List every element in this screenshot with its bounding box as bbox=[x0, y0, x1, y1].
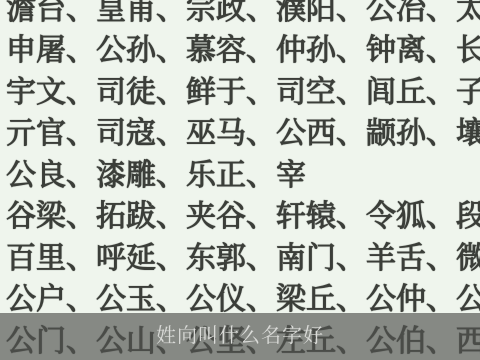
surname-row-4: 亓官、司寇、巫马、公西、颛孙、壤 bbox=[6, 110, 480, 152]
surname-row-1: 澹台、皇甫、宗政、濮阳、公冶、太 bbox=[6, 0, 480, 27]
surname-list-image: 澹台、皇甫、宗政、濮阳、公冶、太 申屠、公孙、慕容、仲孙、钟离、长 宇文、司徒、… bbox=[0, 0, 480, 360]
surname-row-3: 宇文、司徒、鲜于、司空、闾丘、子 bbox=[6, 68, 480, 110]
caption-text: 姓向叫什么名字好 bbox=[156, 319, 324, 348]
surname-row-5: 公良、漆雕、乐正、宰 bbox=[6, 151, 480, 193]
surname-row-7: 百里、呼延、东郭、南门、羊舌、微 bbox=[6, 234, 480, 276]
surname-rows: 澹台、皇甫、宗政、濮阳、公冶、太 申屠、公孙、慕容、仲孙、钟离、长 宇文、司徒、… bbox=[6, 0, 480, 359]
surname-row-6: 谷梁、拓跋、夹谷、轩辕、令狐、段 bbox=[6, 193, 480, 235]
surname-row-8: 公户、公玉、公仪、梁丘、公仲、公 bbox=[6, 276, 480, 318]
caption-bar: 姓向叫什么名字好 bbox=[0, 313, 480, 360]
surname-row-2: 申屠、公孙、慕容、仲孙、钟离、长 bbox=[6, 27, 480, 69]
